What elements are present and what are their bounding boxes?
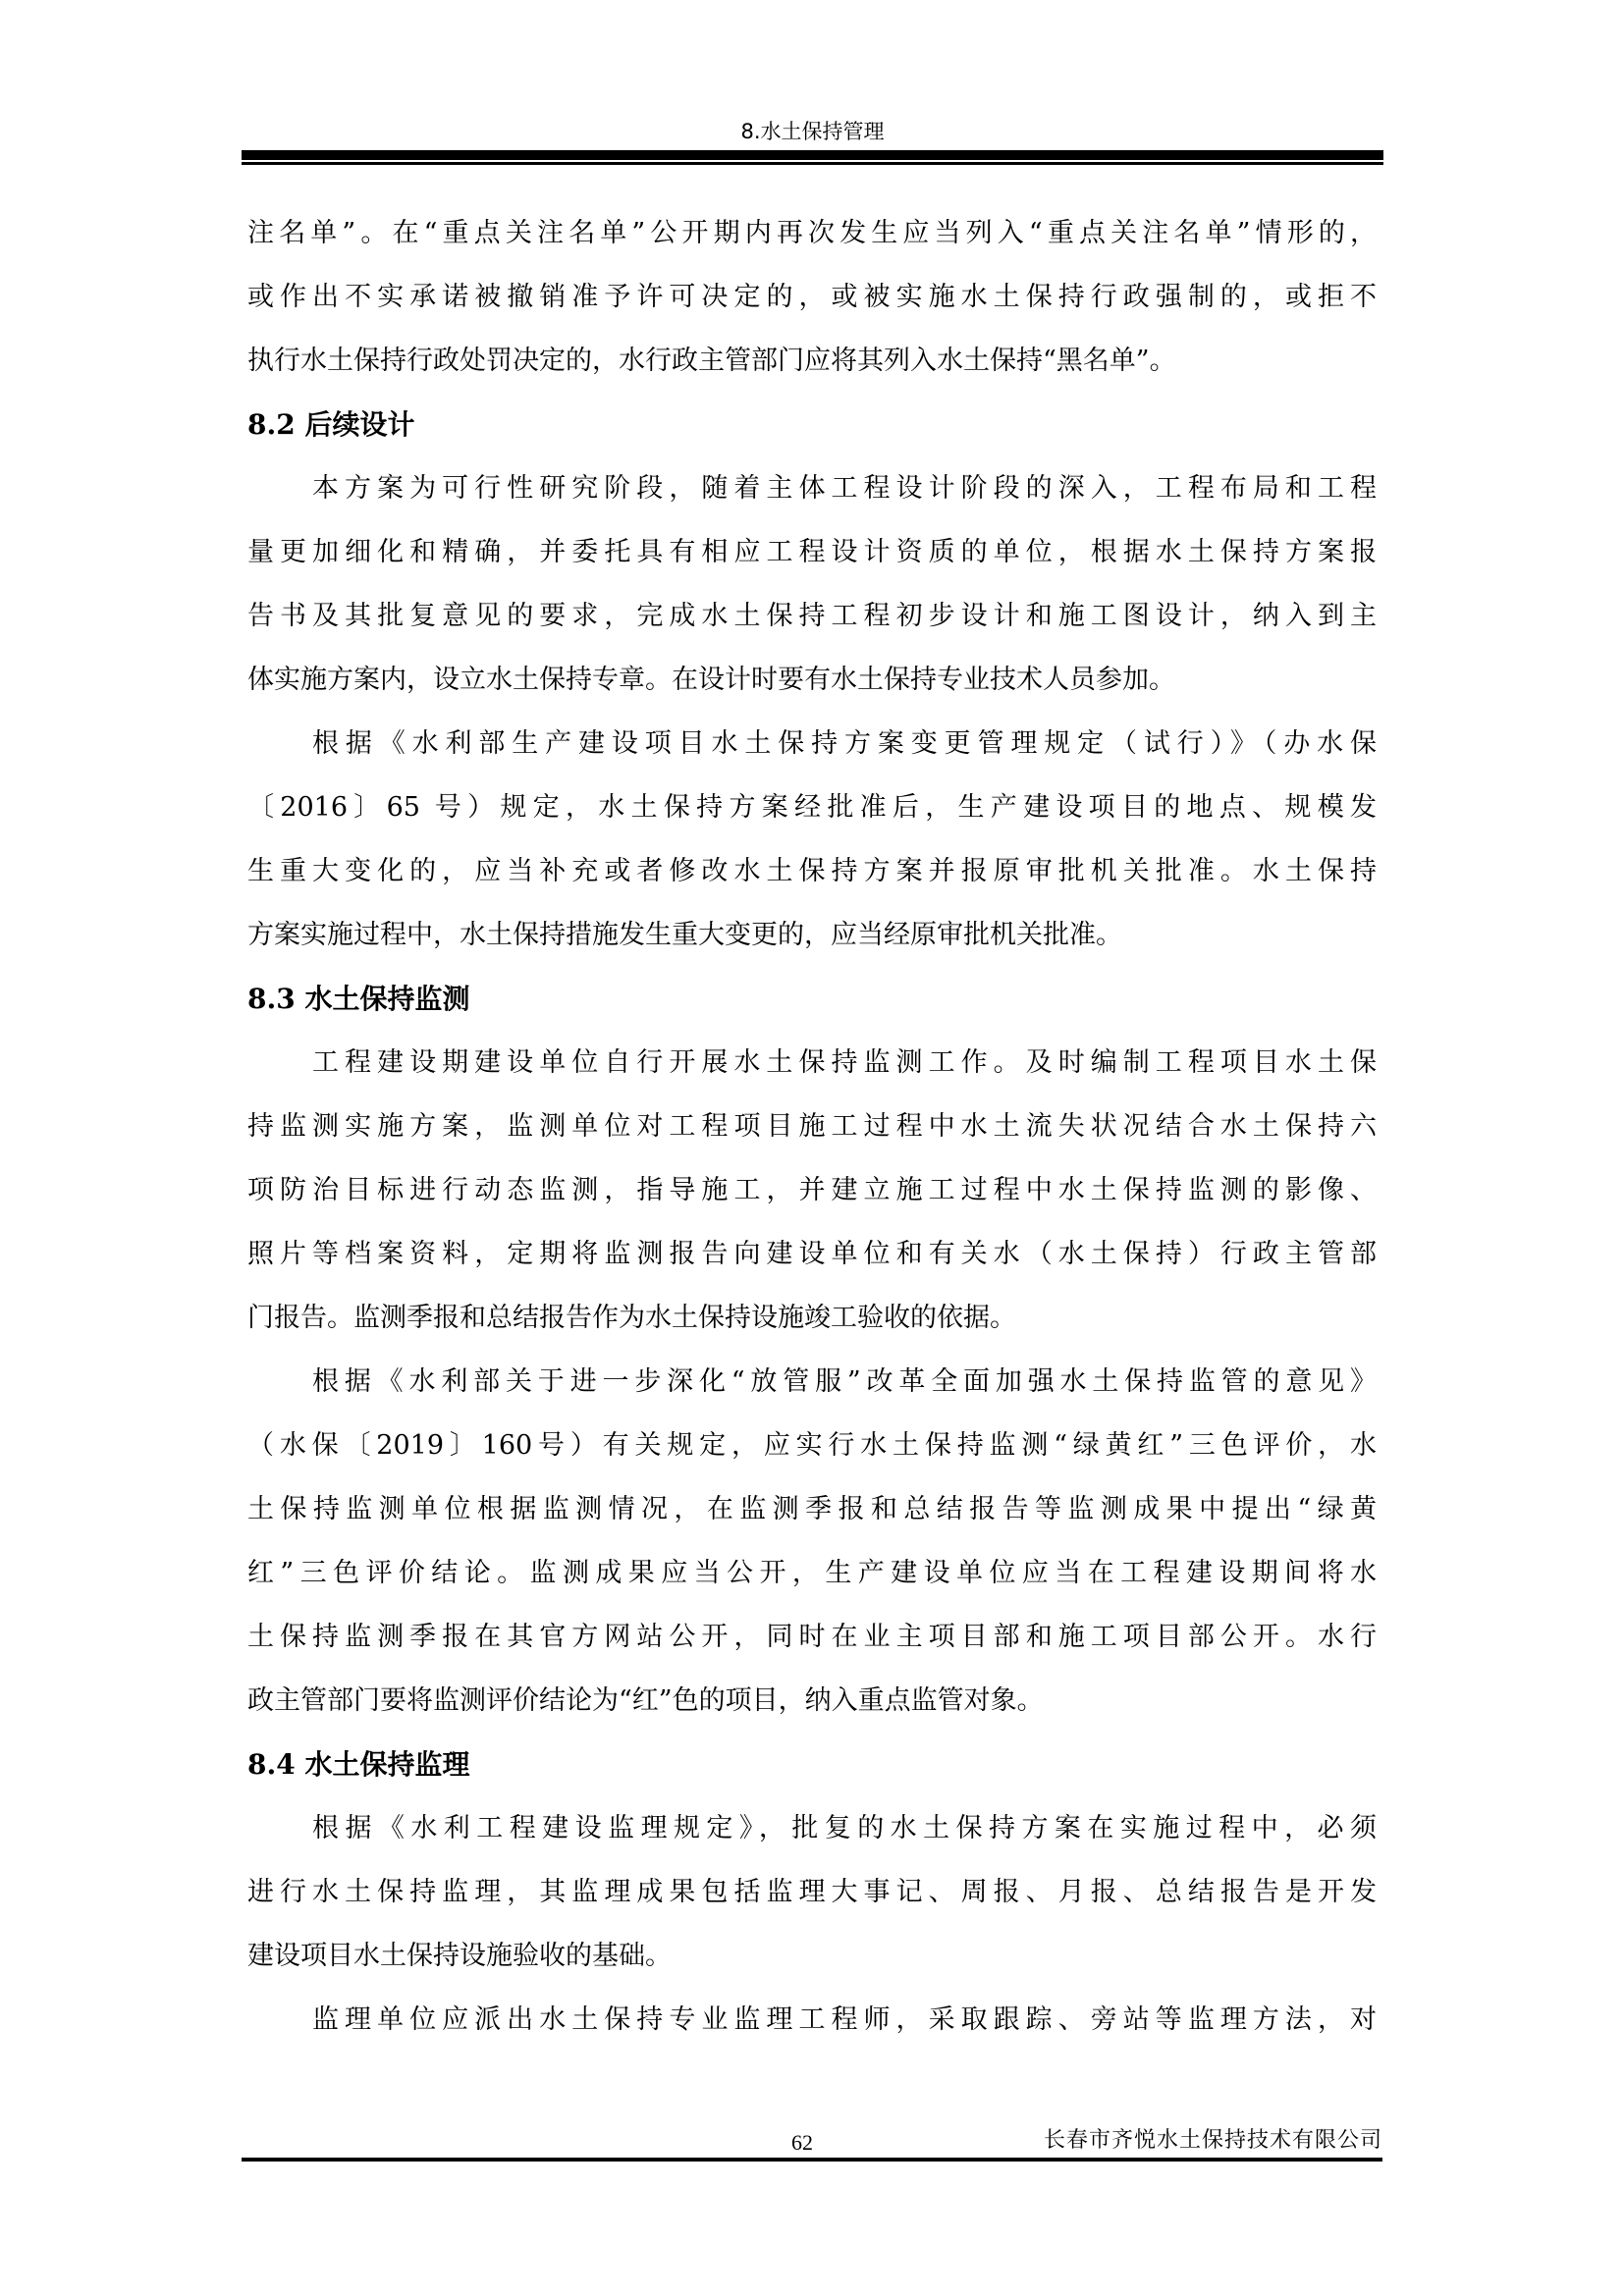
text-line: 方案实施过程中，水土保持措施发生重大变更的，应当经原审批机关批准。	[247, 903, 1377, 967]
text-line: 门报告。监测季报和总结报告作为水土保持设施竣工验收的依据。	[247, 1286, 1377, 1350]
text-line: 持监测实施方案，监测单位对工程项目施工过程中水土流失状况结合水土保持六	[247, 1095, 1377, 1158]
footer-company: 长春市齐悦水土保持技术有限公司	[1044, 2126, 1382, 2156]
text-line: 量更加细化和精确，并委托具有相应工程设计资质的单位，根据水土保持方案报	[247, 520, 1377, 584]
page-number: 62	[791, 2128, 813, 2158]
section-heading: 8.2 后续设计	[247, 393, 1377, 456]
body-text: 注名单”。在“重点关注名单”公开期内再次发生应当列入“重点关注名单”情形的，或作…	[247, 201, 1377, 2052]
text-line: 项防治目标进行动态监测，指导施工，并建立施工过程中水土保持监测的影像、	[247, 1158, 1377, 1222]
section-heading: 8.4 水土保持监理	[247, 1733, 1377, 1796]
text-line: 注名单”。在“重点关注名单”公开期内再次发生应当列入“重点关注名单”情形的，	[247, 201, 1377, 265]
text-line: 红”三色评价结论。监测成果应当公开，生产建设单位应当在工程建设期间将水	[247, 1541, 1377, 1605]
text-line: 执行水土保持行政处罚决定的，水行政主管部门应将其列入水土保持“黑名单”。	[247, 329, 1377, 393]
header-rule-thick	[242, 150, 1383, 160]
text-line: 根据《水利部关于进一步深化“放管服”改革全面加强水土保持监管的意见》	[247, 1350, 1377, 1414]
text-line: 〔2016〕65 号）规定，水土保持方案经批准后，生产建设项目的地点、规模发	[247, 775, 1377, 839]
text-line: 或作出不实承诺被撤销准予许可决定的，或被实施水土保持行政强制的，或拒不	[247, 265, 1377, 329]
text-line: 本方案为可行性研究阶段，随着主体工程设计阶段的深入，工程布局和工程	[247, 456, 1377, 520]
section-heading: 8.3 水土保持监测	[247, 967, 1377, 1031]
text-line: 土保持监测季报在其官方网站公开，同时在业主项目部和施工项目部公开。水行	[247, 1605, 1377, 1669]
text-line: 进行水土保持监理，其监理成果包括监理大事记、周报、月报、总结报告是开发	[247, 1860, 1377, 1924]
document-page: 8.水土保持管理 注名单”。在“重点关注名单”公开期内再次发生应当列入“重点关注…	[0, 0, 1624, 2296]
text-line: 工程建设期建设单位自行开展水土保持监测工作。及时编制工程项目水土保	[247, 1031, 1377, 1095]
text-line: （水保〔2019〕160号）有关规定，应实行水土保持监测“绿黄红”三色评价，水	[247, 1414, 1377, 1477]
text-line: 告书及其批复意见的要求，完成水土保持工程初步设计和施工图设计，纳入到主	[247, 584, 1377, 648]
text-line: 土保持监测单位根据监测情况，在监测季报和总结报告等监测成果中提出“绿黄	[247, 1477, 1377, 1541]
text-line: 照片等档案资料，定期将监测报告向建设单位和有关水（水土保持）行政主管部	[247, 1222, 1377, 1286]
text-line: 政主管部门要将监测评价结论为“红”色的项目，纳入重点监管对象。	[247, 1669, 1377, 1733]
footer-rule	[242, 2158, 1382, 2162]
text-line: 监理单位应派出水土保持专业监理工程师，采取跟踪、旁站等监理方法，对	[247, 1988, 1377, 2052]
header-rule-thin	[242, 162, 1383, 165]
text-line: 生重大变化的，应当补充或者修改水土保持方案并报原审批机关批准。水土保持	[247, 839, 1377, 903]
text-line: 根据《水利工程建设监理规定》，批复的水土保持方案在实施过程中，必须	[247, 1796, 1377, 1860]
text-line: 根据《水利部生产建设项目水土保持方案变更管理规定（试行）》（办水保	[247, 712, 1377, 775]
text-line: 建设项目水土保持设施验收的基础。	[247, 1924, 1377, 1988]
text-line: 体实施方案内，设立水土保持专章。在设计时要有水土保持专业技术人员参加。	[247, 648, 1377, 712]
running-header: 8.水土保持管理	[242, 116, 1383, 147]
